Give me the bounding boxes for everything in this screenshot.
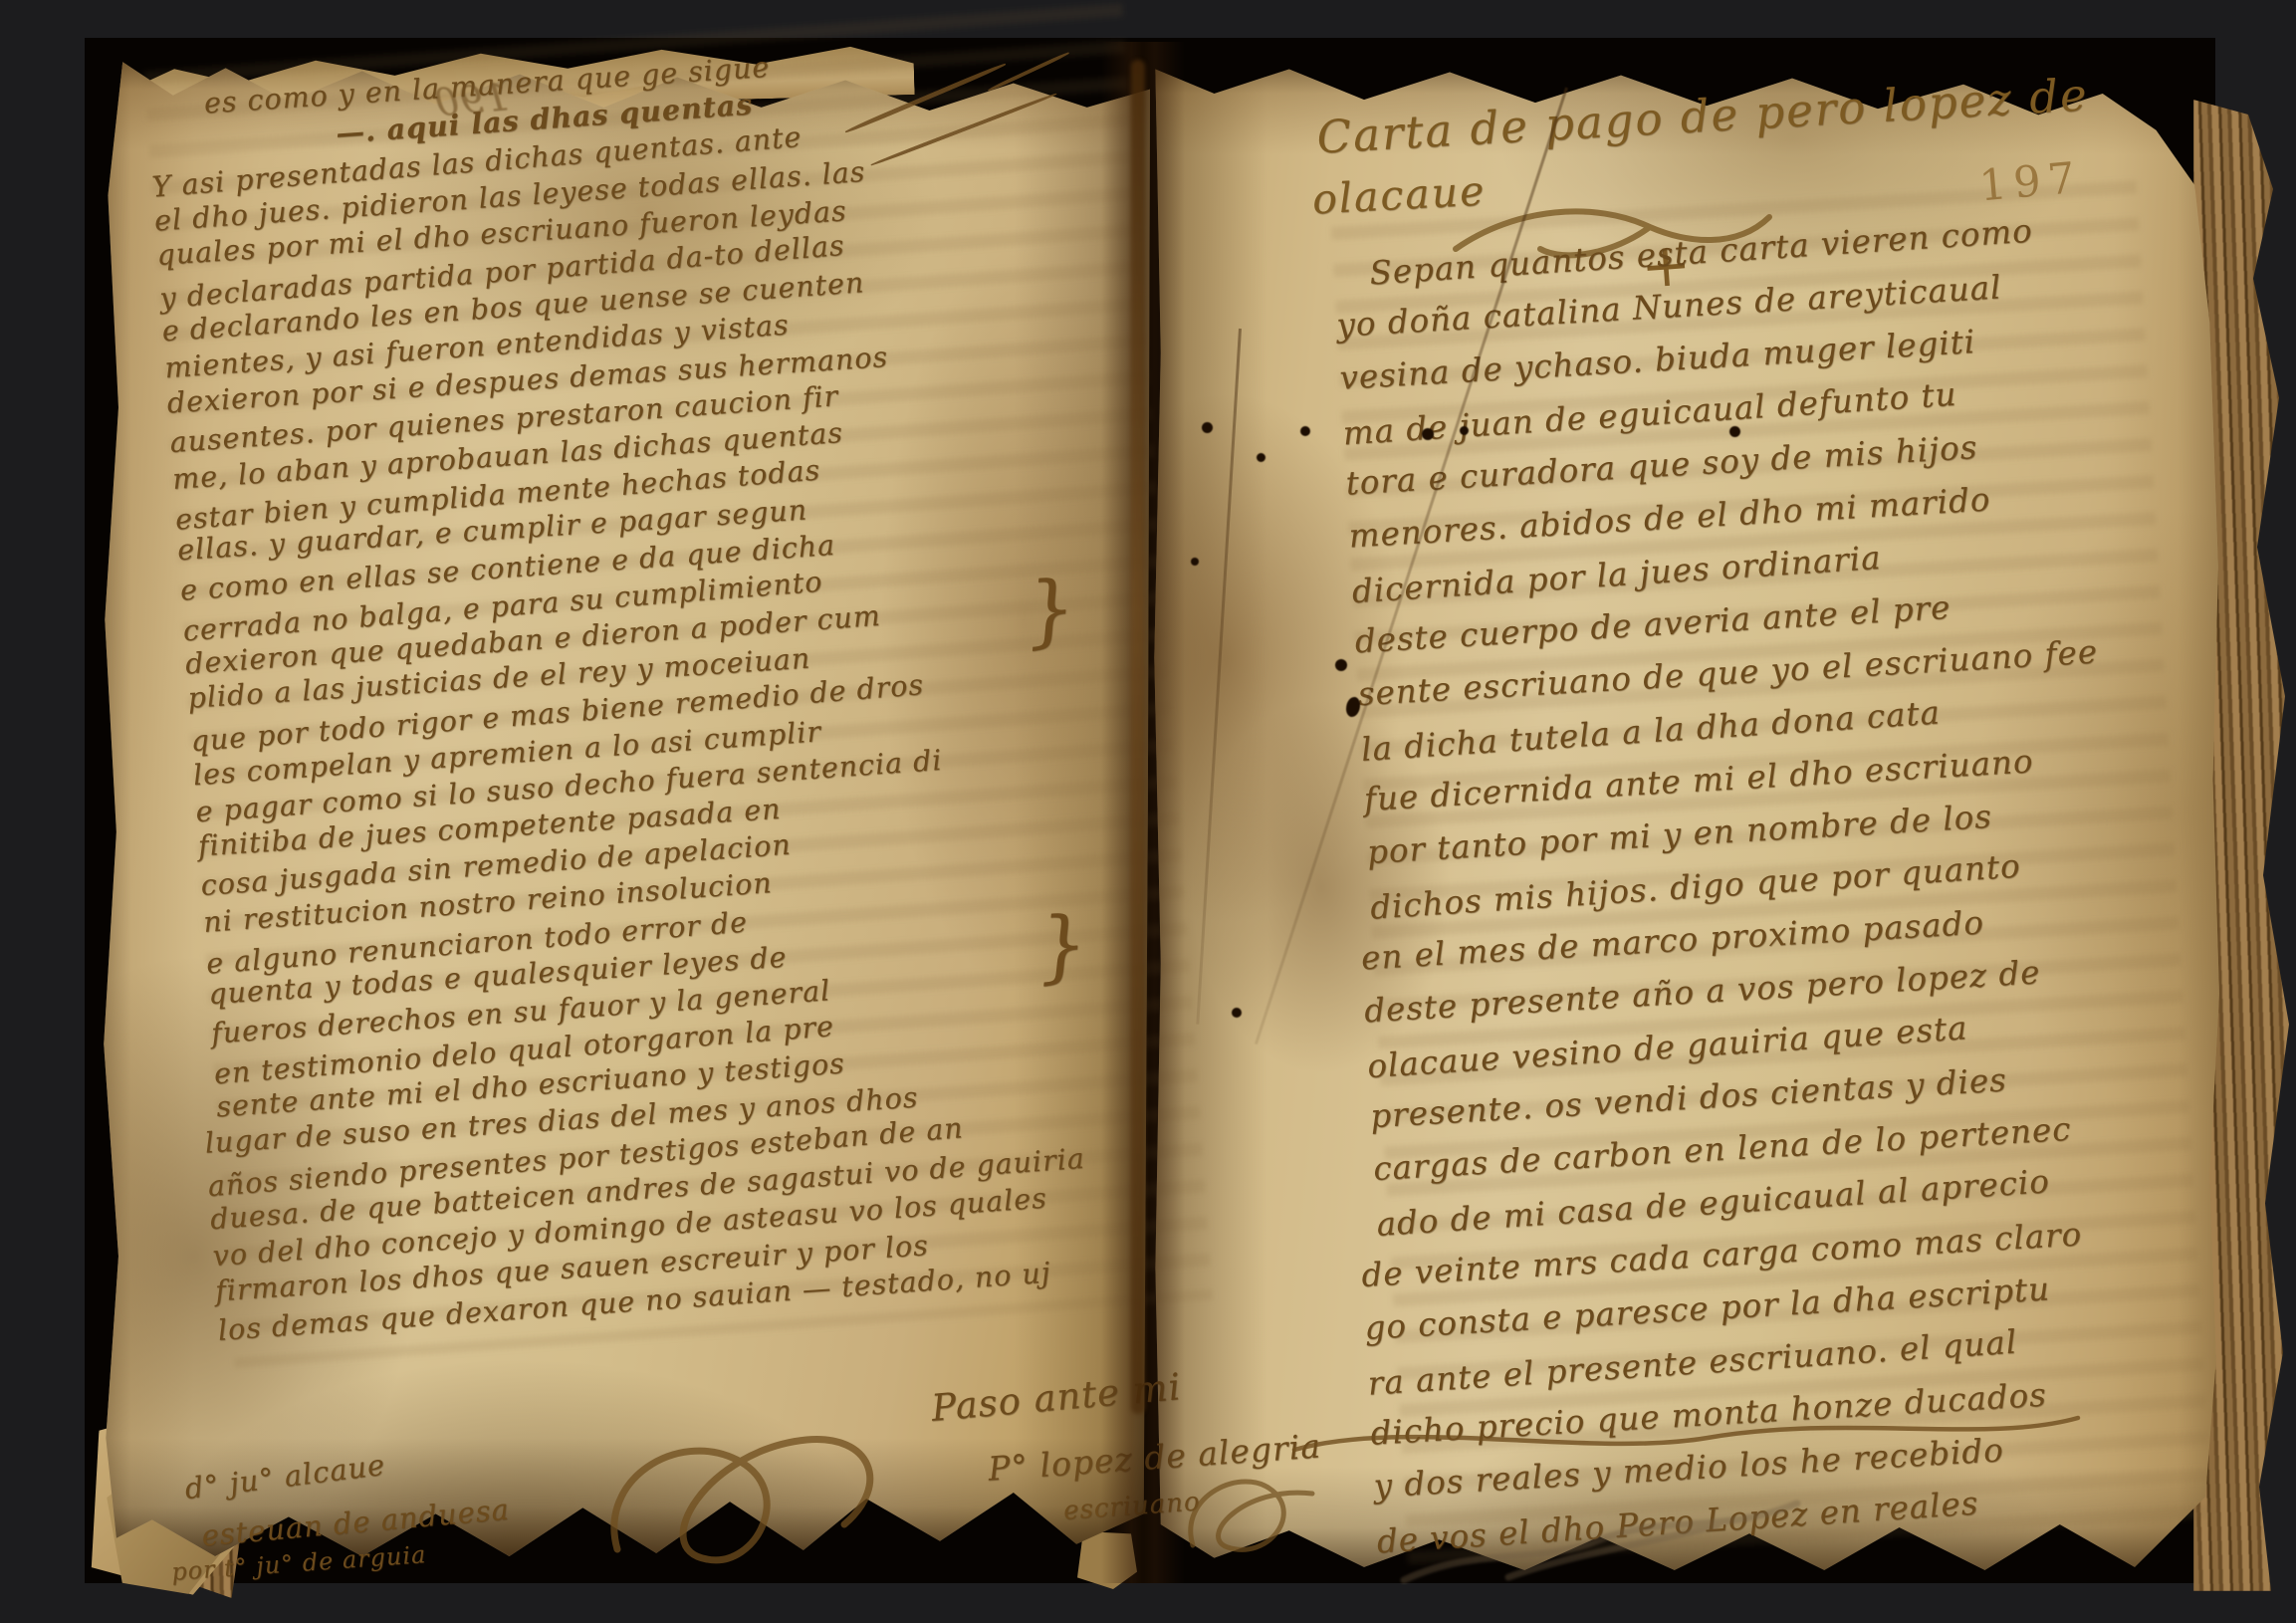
wormhole xyxy=(1729,426,1740,437)
wormhole xyxy=(1460,426,1469,435)
wormhole xyxy=(1232,1008,1242,1018)
signature-paraph-flourish xyxy=(587,1390,926,1594)
wormhole xyxy=(1202,422,1213,433)
left-page-text: es como y en la manera que ge sigue—. aq… xyxy=(145,23,1212,1348)
wormhole xyxy=(1300,426,1310,436)
wormhole xyxy=(1257,453,1265,462)
closing-underline-flourish xyxy=(1289,1398,2086,1473)
gutter-fold-stain xyxy=(1131,60,1145,1414)
manuscript-photo-frame: 190 es como y en la manera que ge sigue—… xyxy=(0,0,2296,1623)
wormhole xyxy=(1422,428,1434,440)
ghost-signature-flourish xyxy=(1389,1486,1817,1600)
wormhole xyxy=(1335,659,1347,671)
margin-brace-2: } xyxy=(1033,899,1091,993)
wormhole xyxy=(1191,558,1199,566)
margin-brace: } xyxy=(1021,564,1080,658)
notary-rubric-flourish xyxy=(1173,1456,1332,1570)
